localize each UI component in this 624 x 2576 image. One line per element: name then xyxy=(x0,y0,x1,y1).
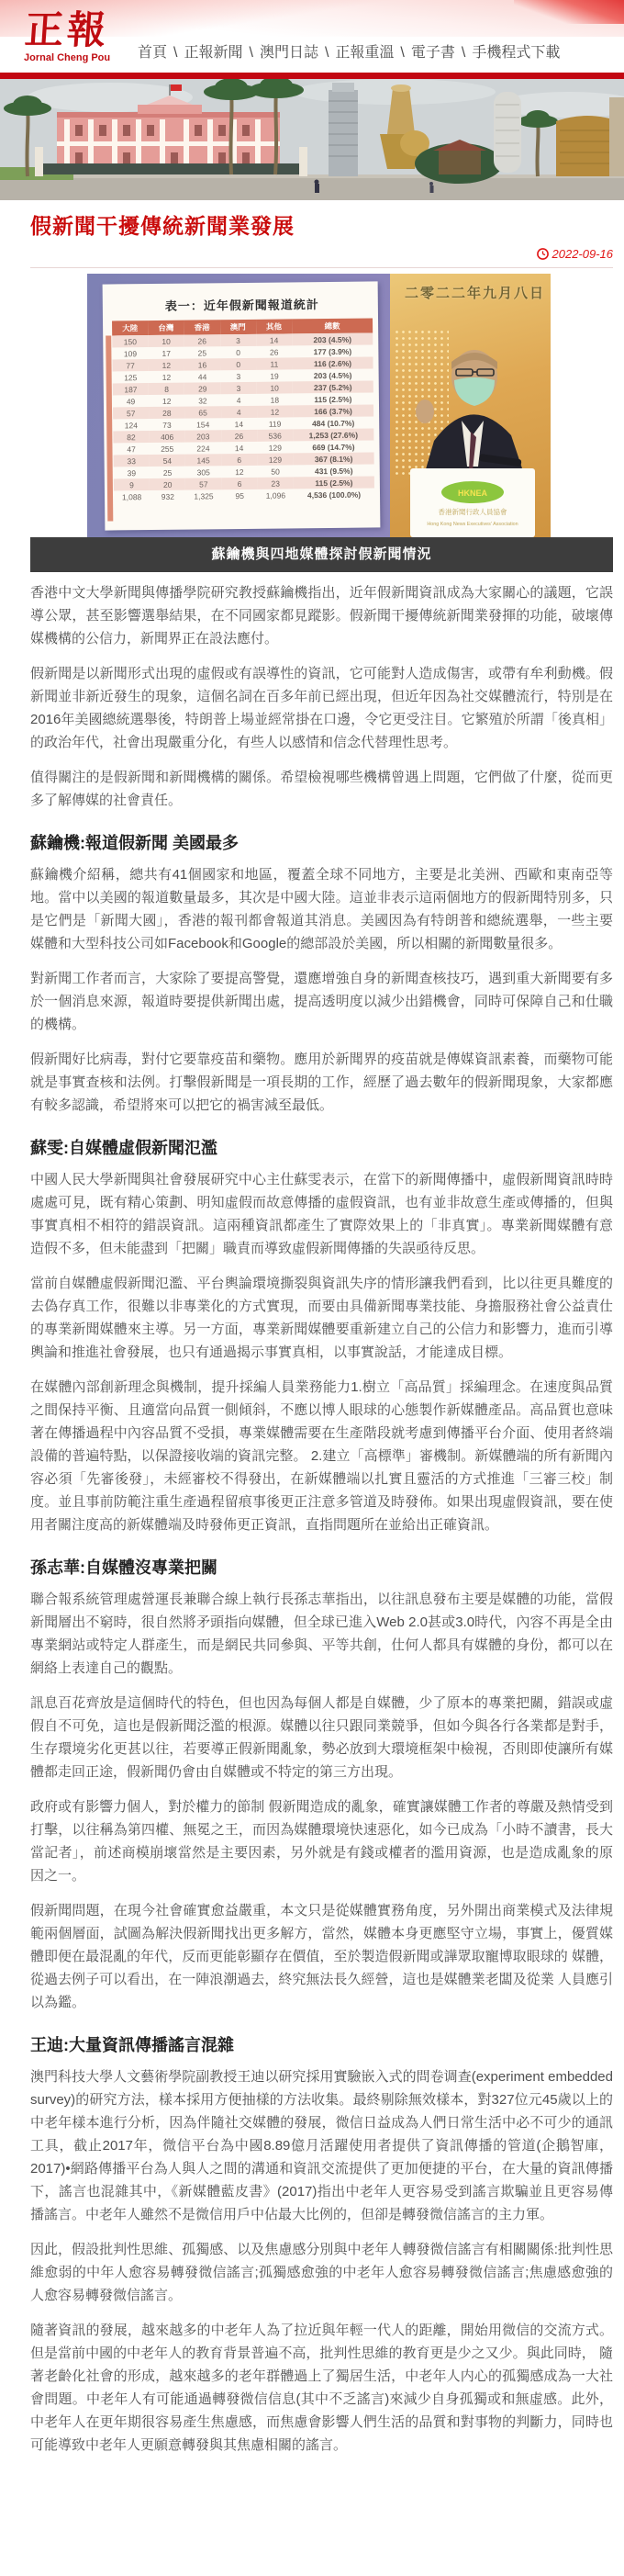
table-column-header: 其他 xyxy=(256,319,292,333)
article-paragraph: 假新聞好比病毒，對付它要靠疫苗和藥物。應用於新聞界的疫苗就是傳媒資訊素養，而藥物… xyxy=(30,1048,613,1117)
table-cell: 12 xyxy=(149,395,184,407)
table-cell: 20 xyxy=(150,478,185,490)
table-cell: 187 xyxy=(113,383,149,395)
table-cell: 12 xyxy=(221,466,257,478)
article-paragraph: 政府或有影響力個人，對於權力的節制 假新聞造成的亂象，確實讓媒體工作者的尊嚴及熱… xyxy=(30,1795,613,1887)
table-cell: 82 xyxy=(113,431,149,443)
table-cell: 14 xyxy=(221,442,257,454)
site-header: 正報 Jornal Cheng Pou 首頁\正報新聞\澳門日誌\正報重溫\電子… xyxy=(0,0,624,73)
table-cell: 4,536 (100.0%) xyxy=(294,488,374,501)
table-cell: 484 (10.7%) xyxy=(293,416,373,429)
table-cell: 150 xyxy=(112,335,148,347)
table-cell: 115 (2.5%) xyxy=(293,392,373,405)
table-cell: 14 xyxy=(221,418,257,430)
nav-item-1[interactable]: 正報新聞 xyxy=(184,45,242,61)
podium-logo-text: HKNEA xyxy=(458,489,488,498)
table-cell: 3 xyxy=(220,382,256,394)
article-paragraph: 假新聞是以新聞形式出現的虛假或有誤導性的資訊，它可能對人造成傷害，或帶有牟利動機… xyxy=(30,662,613,754)
table-cell: 203 (4.5%) xyxy=(293,368,373,381)
article-title: 假新聞干擾傳統新聞業發展 xyxy=(30,209,613,240)
table-cell: 203 (4.5%) xyxy=(292,332,373,345)
table-cell: 536 xyxy=(257,429,293,441)
table-cell: 33 xyxy=(114,455,150,467)
table-cell: 57 xyxy=(185,478,221,489)
table-cell: 3 xyxy=(220,334,256,346)
table-cell: 4 xyxy=(221,406,257,418)
table-column-header: 總數 xyxy=(292,318,373,333)
table-cell: 305 xyxy=(185,466,221,478)
speaker-backdrop: 二零二二年九月八日 xyxy=(390,274,551,537)
nav-separator: \ xyxy=(325,45,329,61)
nav-item-5[interactable]: 手機程式下載 xyxy=(472,45,560,61)
slide-with-table: 表一：近年假新聞報道統計 大陸台灣香港澳門其他總數 1501026314203 … xyxy=(103,281,381,530)
article-container: 假新聞干擾傳統新聞業發展 2022-09-16 表一：近年假新聞報道統計 大陸台… xyxy=(30,209,613,2457)
table-cell: 406 xyxy=(149,431,184,443)
table-cell: 23 xyxy=(258,477,294,489)
table-cell: 12 xyxy=(149,359,184,371)
table-cell: 8 xyxy=(149,383,184,395)
table-cell: 119 xyxy=(257,417,293,429)
table-cell: 1,096 xyxy=(258,489,294,501)
table-cell: 32 xyxy=(184,394,220,406)
article-date-row: 2022-09-16 xyxy=(30,247,613,262)
table-cell: 1,325 xyxy=(185,489,221,501)
article-paragraph: 因此，假設批判性思維、孤獨感、以及焦慮感分別與中老年人轉發微信謠言有相關關係:批… xyxy=(30,2238,613,2307)
section-heading: 孫志華:自媒體沒專業把關 xyxy=(30,1555,613,1579)
table-cell: 203 xyxy=(185,430,221,442)
nav-separator: \ xyxy=(249,45,252,61)
macau-skyline-banner-image xyxy=(0,79,624,200)
nav-separator: \ xyxy=(400,45,404,61)
table-cell: 25 xyxy=(184,346,220,358)
table-cell: 129 xyxy=(257,453,293,465)
article-paragraph: 聯合報系統管理處營運長兼聯合線上執行長孫志華指出，以往訊息發布主要是媒體的功能，… xyxy=(30,1588,613,1680)
table-cell: 12 xyxy=(149,371,184,383)
table-cell: 26 xyxy=(256,345,292,357)
table-cell: 145 xyxy=(185,454,221,466)
table-cell: 669 (14.7%) xyxy=(293,440,373,453)
article-figure: 表一：近年假新聞報道統計 大陸台灣香港澳門其他總數 1501026314203 … xyxy=(30,274,613,572)
photo-caption: 蘇鑰機與四地媒體探討假新聞情況 xyxy=(30,537,613,572)
slide-table-title: 表一：近年假新聞報道統計 xyxy=(112,294,373,314)
site-logo[interactable]: 正報 Jornal Cheng Pou xyxy=(24,11,110,63)
article-paragraph: 值得關注的是假新聞和新聞機構的關係。希望檢視哪些機構曾遇上問題，它們做了什麼，從… xyxy=(30,766,613,812)
article-paragraph: 澳門科技大學人文藝術學院副教授王迪以研究採用實驗嵌入式的問卷调查(experim… xyxy=(30,2065,613,2226)
table-cell: 50 xyxy=(257,465,293,477)
nav-item-4[interactable]: 電子書 xyxy=(411,45,455,61)
table-cell: 77 xyxy=(112,359,148,371)
table-cell: 11 xyxy=(256,357,292,369)
speaker-at-podium: HKNEA 香港新聞行政人員協會 Hong Kong News Executiv… xyxy=(390,274,551,537)
divider xyxy=(30,267,613,268)
table-cell: 4 xyxy=(220,394,256,406)
page: { "header": { "logo_main": "正報", "logo_s… xyxy=(0,0,624,2457)
section-heading: 王迪:大量資訊傳播謠言混雜 xyxy=(30,2032,613,2056)
table-cell: 129 xyxy=(257,441,293,453)
article-date: 2022-09-16 xyxy=(552,247,614,261)
section-heading: 蘇雯:自媒體虛假新聞氾濫 xyxy=(30,1135,613,1159)
table-cell: 367 (8.1%) xyxy=(294,452,374,465)
nav-separator: \ xyxy=(462,45,465,61)
table-cell: 54 xyxy=(150,455,185,467)
section-heading: 蘇鑰機:報道假新聞 美國最多 xyxy=(30,830,613,854)
nav-item-3[interactable]: 正報重溫 xyxy=(335,45,394,61)
table-cell: 115 (2.5%) xyxy=(294,476,374,489)
table-cell: 44 xyxy=(184,370,220,382)
header-corner-decoration xyxy=(514,0,624,24)
table-cell: 255 xyxy=(150,443,185,455)
table-cell: 10 xyxy=(256,381,292,393)
fake-news-statistics-table: 大陸台灣香港澳門其他總數 1501026314203 (4.5%)1091725… xyxy=(112,318,374,502)
article-paragraph: 隨著資訊的發展，越來越多的中老年人為了拉近與年輕一代人的距離，開始用微信的交流方… xyxy=(30,2319,613,2457)
table-cell: 9 xyxy=(114,478,150,490)
table-cell: 19 xyxy=(256,369,292,381)
table-cell: 125 xyxy=(113,371,149,383)
site-logo-chinese: 正報 xyxy=(23,11,112,50)
table-cell: 57 xyxy=(113,407,149,419)
nav-separator: \ xyxy=(173,45,177,61)
article-paragraph: 訊息百花齊放是這個時代的特色，但也因為每個人都是自媒體，少了原本的專業把關，錯誤… xyxy=(30,1692,613,1783)
table-column-header: 澳門 xyxy=(220,320,256,334)
table-cell: 12 xyxy=(257,405,293,417)
table-column-header: 大陸 xyxy=(112,321,148,335)
table-cell: 26 xyxy=(221,430,257,442)
clock-icon xyxy=(537,248,549,260)
site-logo-latin: Jornal Cheng Pou xyxy=(24,53,110,63)
table-cell: 0 xyxy=(220,358,256,370)
article-paragraph: 中國人民大學新聞與社會發展研究中心主仕蘇雯表示，在當下的新聞傳播中，虛假新聞資訊… xyxy=(30,1168,613,1260)
table-column-header: 香港 xyxy=(184,320,219,334)
table-cell: 10 xyxy=(148,335,184,347)
table-cell: 116 (2.6%) xyxy=(292,356,373,369)
article-paragraph: 在媒體內部創新理念與機制，提升採編人員業務能力1.樹立「高品質」採編理念。在速度… xyxy=(30,1376,613,1536)
table-cell: 166 (3.7%) xyxy=(293,404,373,417)
table-row: 1,0889321,325951,0964,536 (100.0%) xyxy=(114,488,374,502)
table-cell: 49 xyxy=(113,395,149,407)
table-column-header: 台灣 xyxy=(148,321,184,335)
nav-item-2[interactable]: 澳門日誌 xyxy=(260,45,318,61)
table-cell: 39 xyxy=(114,467,150,478)
table-cell: 431 (9.5%) xyxy=(294,464,374,477)
table-cell: 109 xyxy=(112,347,148,359)
table-cell: 154 xyxy=(185,418,221,430)
article-body: 香港中文大學新聞與傳播學院研究教授蘇鑰機指出，近年假新聞資訊成為大家關心的議題，… xyxy=(30,572,613,2457)
table-cell: 65 xyxy=(184,406,220,418)
table-cell: 177 (3.9%) xyxy=(292,344,373,357)
table-cell: 73 xyxy=(149,419,184,431)
article-paragraph: 香港中文大學新聞與傳播學院研究教授蘇鑰機指出，近年假新聞資訊成為大家關心的議題，… xyxy=(30,581,613,650)
article-paragraph: 對新聞工作者而言，大家除了要提高警覺，還應增強自身的新聞查核技巧，遇到重大新聞要… xyxy=(30,967,613,1036)
table-cell: 47 xyxy=(113,443,149,455)
table-cell: 18 xyxy=(257,393,293,405)
table-cell: 17 xyxy=(149,347,184,359)
article-paragraph: 蘇鑰機介紹稱，總共有41個國家和地區，覆蓋全球不同地方，主要是北美洲、西歐和東南… xyxy=(30,863,613,955)
table-cell: 1,088 xyxy=(114,490,150,502)
nav-menu: 首頁\正報新聞\澳門日誌\正報重溫\電子書\手機程式下載 xyxy=(138,40,560,62)
table-cell: 26 xyxy=(184,334,220,346)
table-cell: 932 xyxy=(150,490,185,502)
table-cell: 16 xyxy=(184,358,220,370)
table-cell: 224 xyxy=(185,442,221,454)
table-cell: 28 xyxy=(149,407,184,419)
table-cell: 95 xyxy=(222,489,258,501)
table-cell: 124 xyxy=(113,419,149,431)
article-paragraph: 假新聞問題，在現今社會確實愈益嚴重，本文只是從媒體實務角度，另外開出商業模式及法… xyxy=(30,1899,613,2014)
table-cell: 6 xyxy=(221,454,257,466)
press-conference-photo: 表一：近年假新聞報道統計 大陸台灣香港澳門其他總數 1501026314203 … xyxy=(87,274,551,537)
table-cell: 1,253 (27.6%) xyxy=(293,428,373,441)
table-cell: 29 xyxy=(184,382,220,394)
nav-item-0[interactable]: 首頁 xyxy=(138,45,167,61)
podium-org-en: Hong Kong News Executives' Association xyxy=(427,522,518,527)
table-cell: 14 xyxy=(256,333,292,345)
podium-org-cn: 香港新聞行政人員協會 xyxy=(439,507,507,516)
table-cell: 3 xyxy=(220,370,256,382)
table-cell: 25 xyxy=(150,467,185,478)
table-cell: 6 xyxy=(221,478,257,489)
table-cell: 0 xyxy=(220,346,256,358)
article-paragraph: 當前自媒體虛假新聞氾濫、平台輿論環境撕裂與資訊失序的情形讓我們看到，比以往更具難… xyxy=(30,1272,613,1364)
header-red-bar xyxy=(0,73,624,79)
table-cell: 237 (5.2%) xyxy=(293,380,373,393)
